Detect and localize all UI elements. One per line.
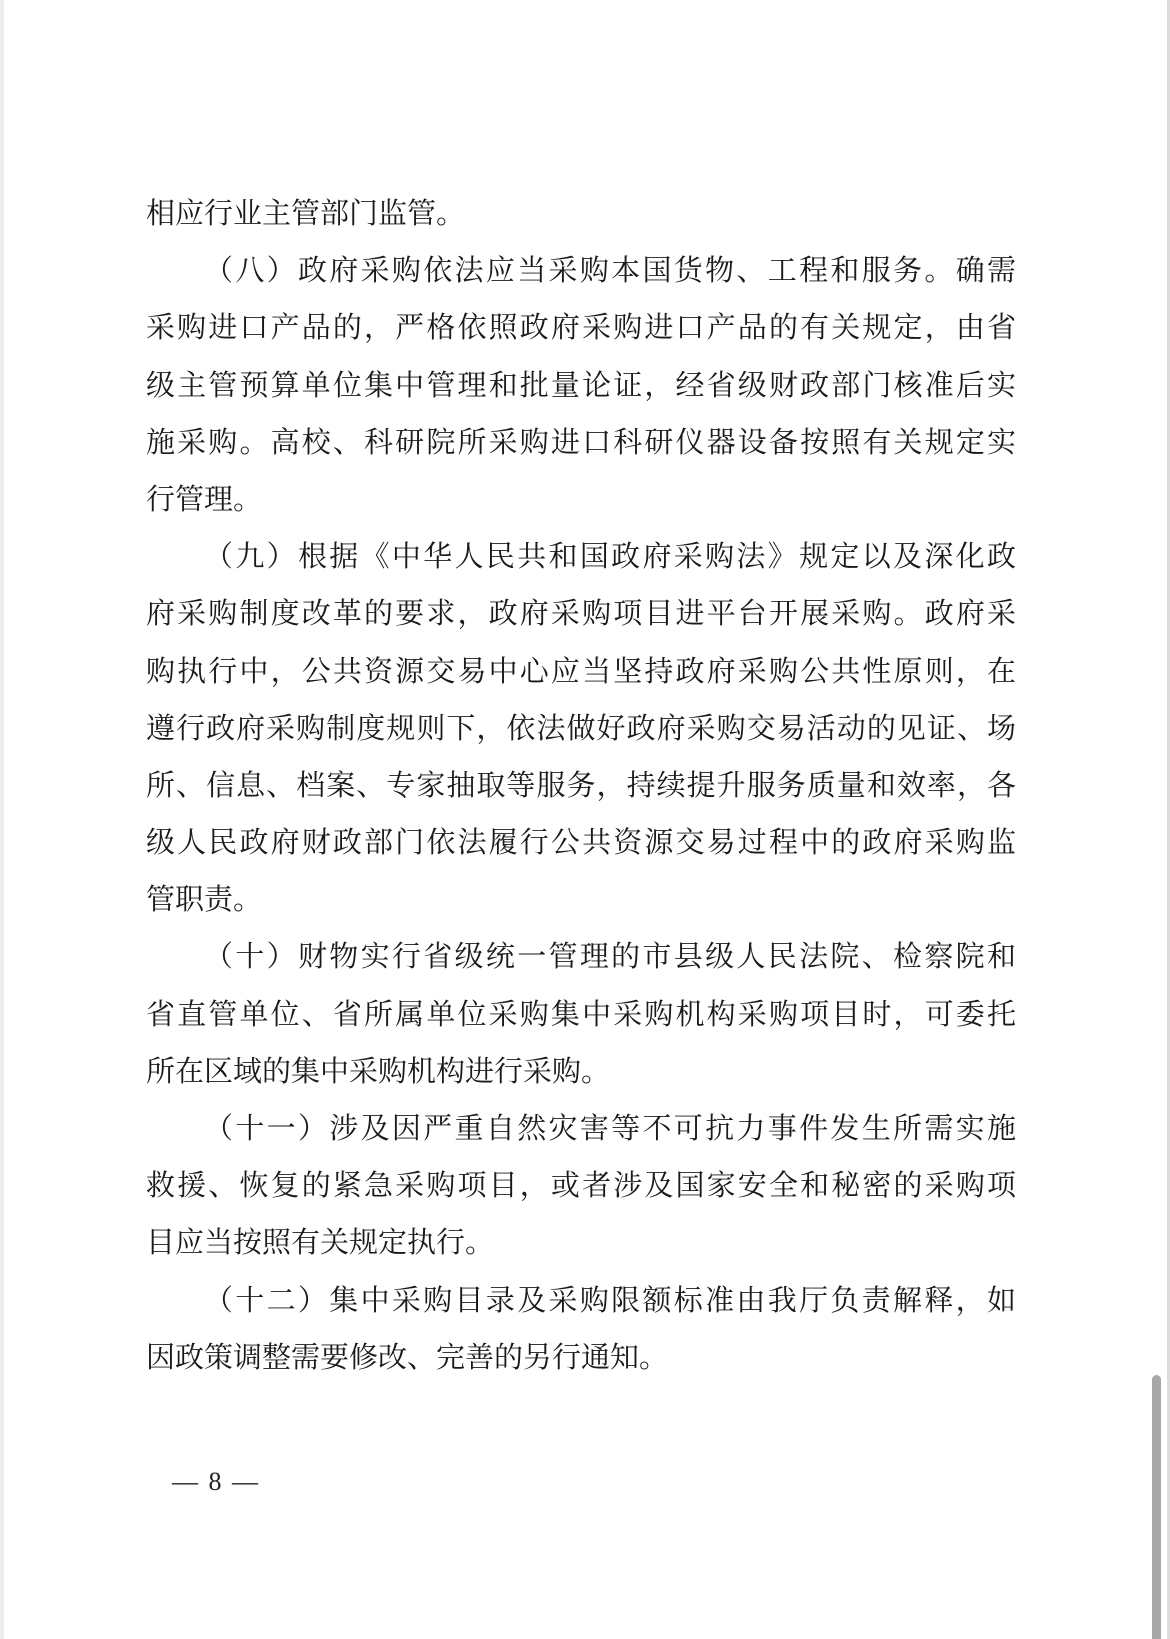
paragraph-item-9: （九）根据《中华人民共和国政府采购法》规定以及深化政 府采购制度改革的要求，政府…: [146, 528, 1016, 928]
vertical-scrollbar-thumb[interactable]: [1152, 1375, 1161, 1639]
text-line: 省直管单位、省所属单位采购集中采购机构采购项目时，可委托: [146, 986, 1016, 1043]
document-body: 相应行业主管部门监管。 （八）政府采购依法应当采购本国货物、工程和服务。确需 采…: [146, 185, 1016, 1386]
paragraph-item-10: （十）财物实行省级统一管理的市县级人民法院、检察院和 省直管单位、省所属单位采购…: [146, 928, 1016, 1100]
text-line: 所在区域的集中采购机构进行采购。: [146, 1043, 1016, 1100]
text-line: 府采购制度改革的要求，政府采购项目进平台开展采购。政府采: [146, 585, 1016, 642]
text-line: （十）财物实行省级统一管理的市县级人民法院、检察院和: [146, 928, 1016, 985]
text-line: 所、信息、档案、专家抽取等服务，持续提升服务质量和效率，各: [146, 757, 1016, 814]
text-line: （十二）集中采购目录及采购限额标准由我厅负责解释，如: [146, 1272, 1016, 1329]
text-line: 购执行中，公共资源交易中心应当坚持政府采购公共性原则，在: [146, 643, 1016, 700]
text-line: 相应行业主管部门监管。: [146, 185, 1016, 242]
text-line: （九）根据《中华人民共和国政府采购法》规定以及深化政: [146, 528, 1016, 585]
text-line: 管职责。: [146, 871, 1016, 928]
text-line: （八）政府采购依法应当采购本国货物、工程和服务。确需: [146, 242, 1016, 299]
paragraph-continuation: 相应行业主管部门监管。: [146, 185, 1016, 242]
paragraph-item-12: （十二）集中采购目录及采购限额标准由我厅负责解释，如 因政策调整需要修改、完善的…: [146, 1272, 1016, 1386]
text-line: 遵行政府采购制度规则下，依法做好政府采购交易活动的见证、场: [146, 700, 1016, 757]
text-line: 行管理。: [146, 471, 1016, 528]
text-line: 目应当按照有关规定执行。: [146, 1214, 1016, 1271]
page-number: — 8 —: [172, 1467, 260, 1497]
text-line: 级人民政府财政部门依法履行公共资源交易过程中的政府采购监: [146, 814, 1016, 871]
text-line: （十一）涉及因严重自然灾害等不可抗力事件发生所需实施: [146, 1100, 1016, 1157]
left-edge-strip: [0, 0, 4, 1639]
text-line: 施采购。高校、科研院所采购进口科研仪器设备按照有关规定实: [146, 414, 1016, 471]
text-line: 因政策调整需要修改、完善的另行通知。: [146, 1329, 1016, 1386]
text-line: 救援、恢复的紧急采购项目，或者涉及国家安全和秘密的采购项: [146, 1157, 1016, 1214]
document-page: 相应行业主管部门监管。 （八）政府采购依法应当采购本国货物、工程和服务。确需 采…: [0, 0, 1167, 1639]
paragraph-item-8: （八）政府采购依法应当采购本国货物、工程和服务。确需 采购进口产品的，严格依照政…: [146, 242, 1016, 528]
text-line: 采购进口产品的，严格依照政府采购进口产品的有关规定，由省: [146, 299, 1016, 356]
text-line: 级主管预算单位集中管理和批量论证，经省级财政部门核准后实: [146, 357, 1016, 414]
paragraph-item-11: （十一）涉及因严重自然灾害等不可抗力事件发生所需实施 救援、恢复的紧急采购项目，…: [146, 1100, 1016, 1272]
